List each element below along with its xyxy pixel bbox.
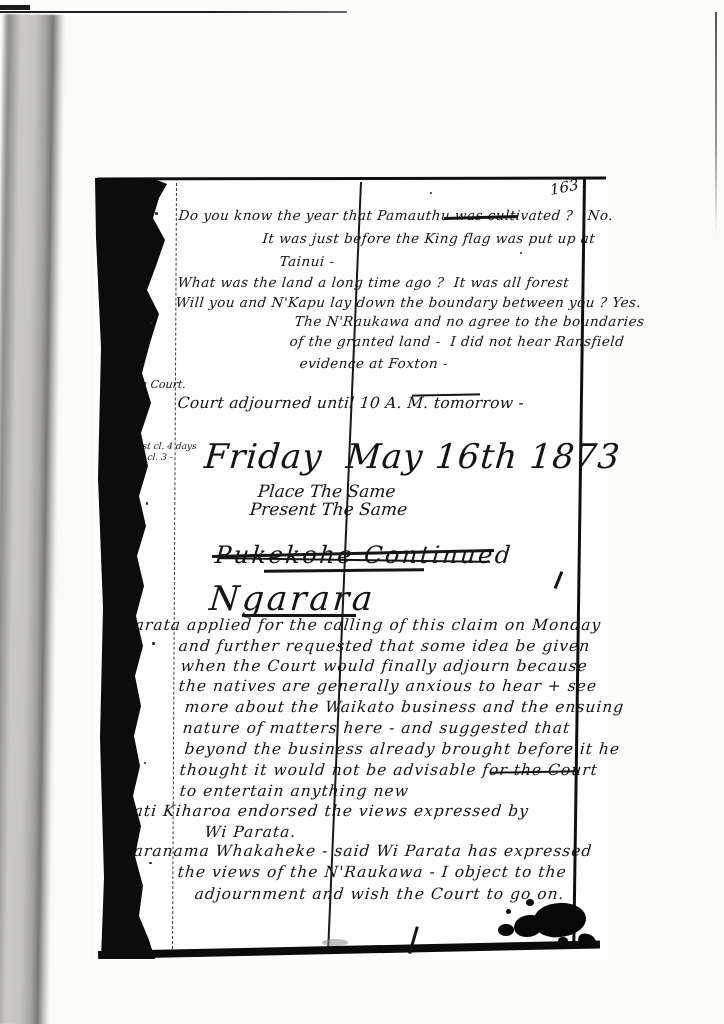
body-line: beyond the business already brought befo… — [184, 742, 621, 758]
scan-noise-dot — [430, 192, 432, 194]
page-top-edge-mark — [0, 5, 30, 10]
qa-line: It was just before the King flag was put… — [262, 233, 596, 247]
ink-blot-speckle — [506, 909, 511, 914]
ink-blot-speckle — [558, 937, 568, 944]
body-line: aranama Whakaheke - said Wi Parata has e… — [133, 844, 593, 860]
page-background: { "ink_color": "#141414", "scan": { "pag… — [0, 0, 724, 1024]
ink-blot-blob — [498, 924, 514, 936]
margin-note: a Court. — [140, 379, 186, 390]
body-line: and further requested that some idea be … — [178, 639, 591, 655]
body-line: ati Kiharoa endorsed the views expressed… — [133, 804, 530, 820]
margin-clerk-note: cl. 3 - — [147, 454, 173, 463]
scan-noise-dot — [150, 322, 153, 324]
scan-noise-dot — [146, 502, 148, 505]
heading-underline — [242, 614, 356, 617]
page-top-edge-line — [0, 11, 347, 13]
ink-blot — [498, 897, 590, 949]
page-right-edge-line — [715, 12, 717, 237]
qa-line: What was the land a long time ago ? It w… — [177, 277, 570, 291]
qa-line: of the granted land - I did not hear Ran… — [289, 336, 625, 350]
qa-line: Will you and N'Kapu lay down the boundar… — [175, 297, 642, 311]
binding-shadow — [0, 14, 66, 1024]
qa-line: Do you know the year that Pamauthu was c… — [178, 210, 614, 224]
qa-line: The N'Raukawa and no agree to the bounda… — [294, 316, 645, 330]
date-heading: Friday May 16th 1873 — [203, 440, 622, 474]
adjournment-line: Court adjourned until 10 A. M. tomorrow … — [177, 396, 525, 412]
body-line: nature of matters here - and suggested t… — [182, 721, 571, 737]
place-line: Place The Same — [257, 484, 396, 501]
scan-noise-dot — [144, 762, 146, 764]
body-line: to entertain anything new — [179, 784, 410, 800]
margin-clerk-note: st cl. 4 days — [142, 443, 197, 452]
case-heading: Ngarara — [208, 582, 377, 616]
present-line: Present The Same — [249, 502, 408, 519]
body-line: arata applied for the calling of this cl… — [134, 618, 602, 634]
scan-noise-dot — [152, 642, 155, 645]
body-line: when the Court would finally adjourn bec… — [180, 659, 588, 675]
body-line: the natives are generally anxious to hea… — [178, 679, 598, 695]
scan-noise-dot — [520, 252, 522, 254]
scan-noise-dot — [155, 212, 158, 215]
qa-line: Tainui - — [279, 256, 335, 270]
qa-line: evidence at Foxton - — [299, 358, 449, 372]
body-line: Wi Parata. — [204, 825, 297, 841]
ink-blot-speckle — [526, 899, 534, 906]
body-line: the views of the N'Raukawa - I object to… — [177, 865, 567, 881]
scan-noise-dot — [470, 560, 472, 562]
scan-noise-dot — [149, 862, 152, 864]
body-line: more about the Waikato business and the … — [184, 700, 625, 716]
ink-blot-blob — [514, 915, 542, 937]
